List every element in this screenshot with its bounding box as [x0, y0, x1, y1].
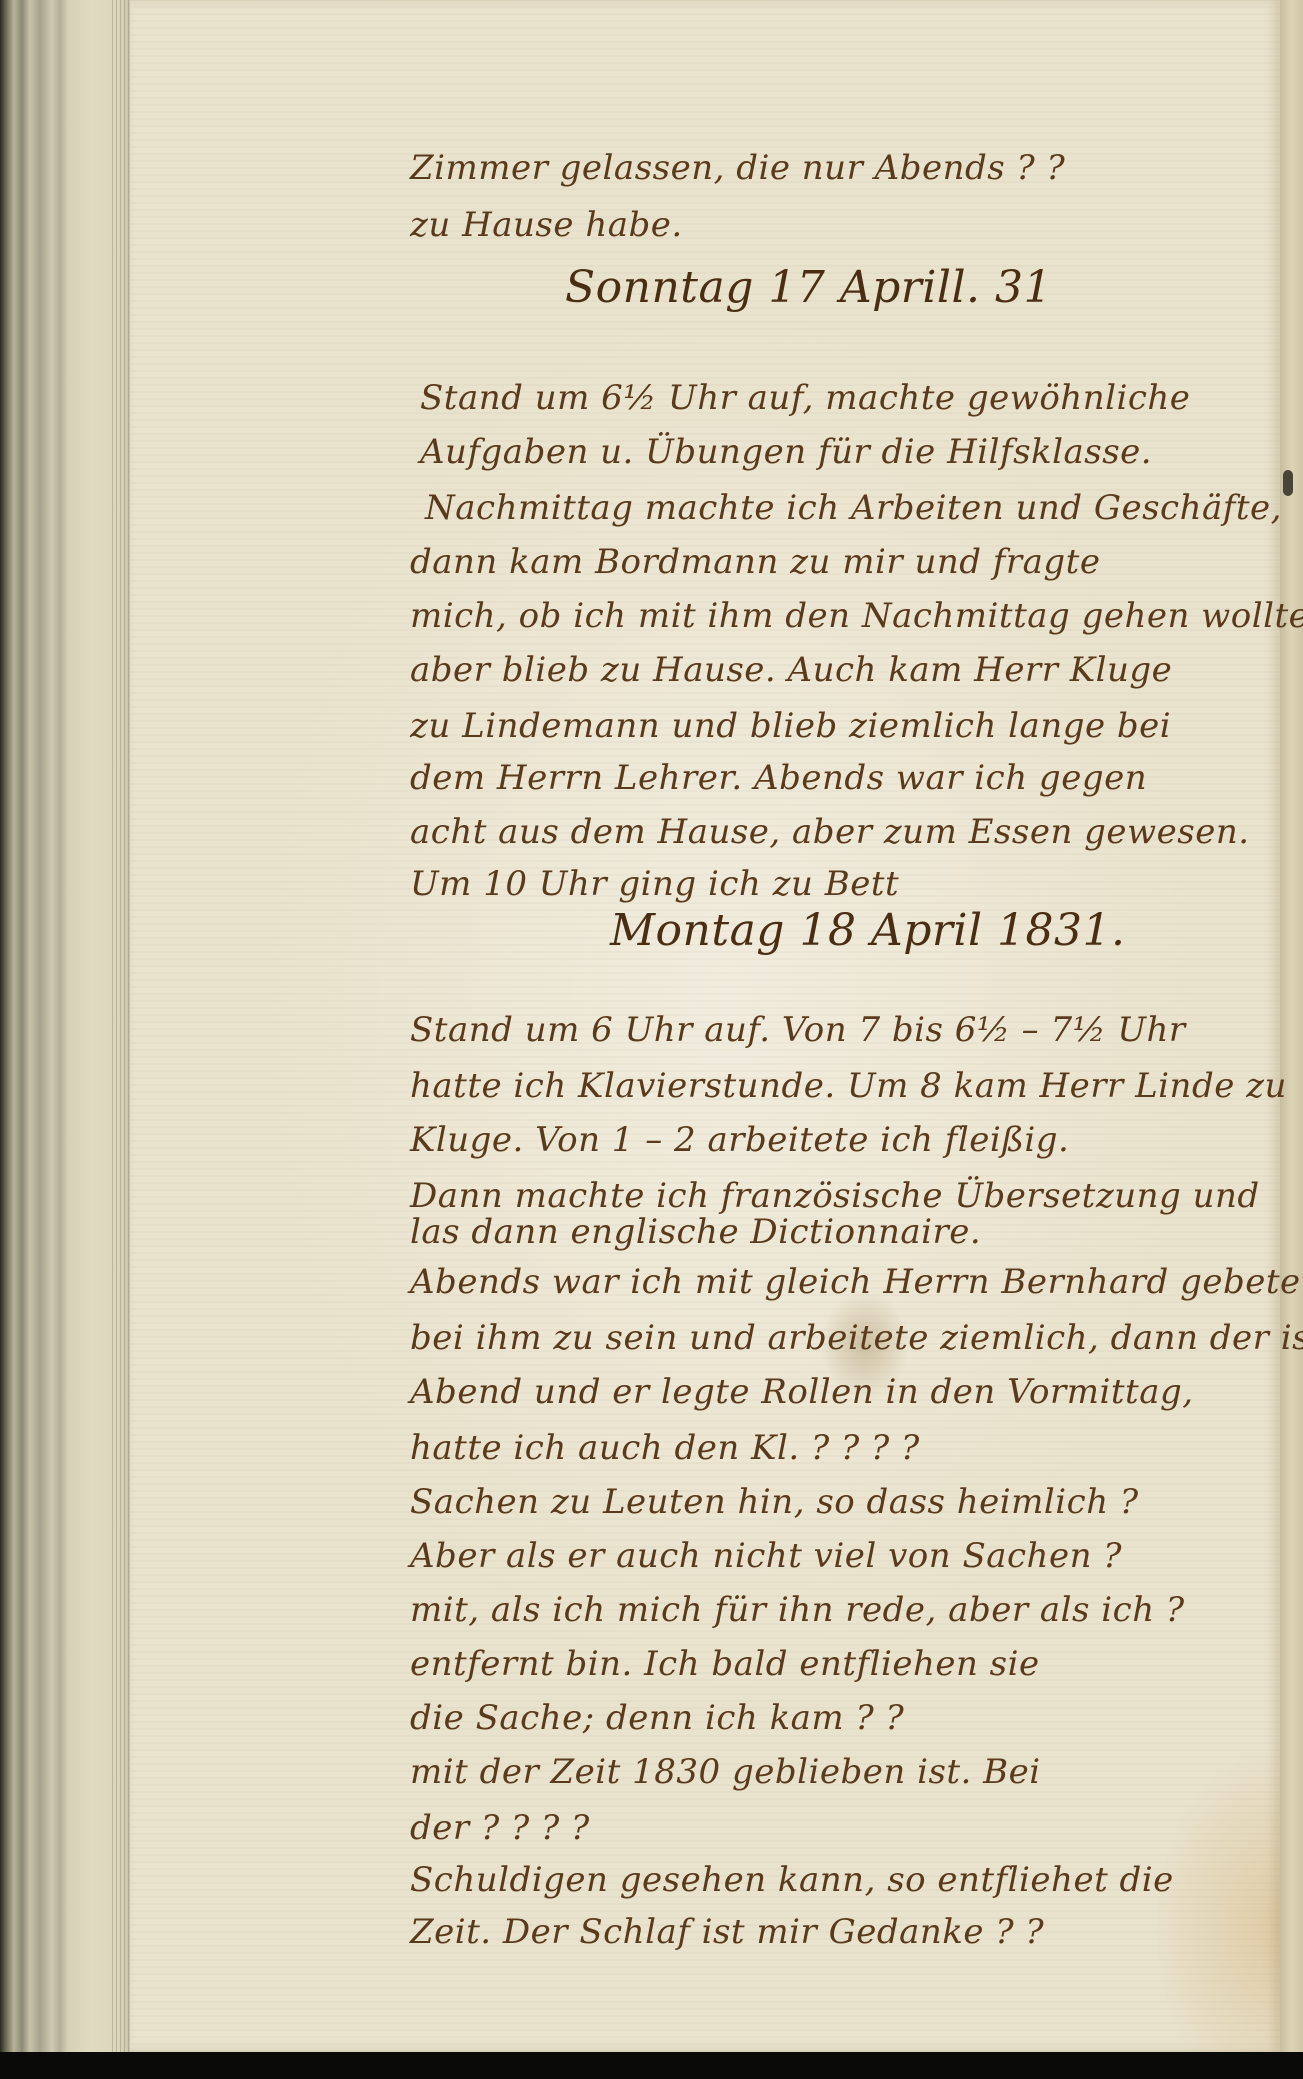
entry-line: mit der Zeit 1830 geblieben ist. Bei — [410, 1752, 1041, 1792]
entry-line: Stand um 6½ Uhr auf, machte gewöhnliche — [420, 378, 1190, 418]
entry-line: Abends war ich mit gleich Herrn Bernhard… — [410, 1262, 1303, 1302]
entry-line: Zeit. Der Schlaf ist mir Gedanke ? ? — [410, 1912, 1044, 1952]
entry-line: dann kam Bordmann zu mir und fragte — [410, 542, 1100, 582]
entry-line: Aber als er auch nicht viel von Sachen ? — [410, 1536, 1122, 1576]
entry-heading-monday: Montag 18 April 1831. — [610, 905, 1126, 956]
entry-line: zu Lindemann und blieb ziemlich lange be… — [410, 706, 1171, 746]
entry-heading-sunday: Sonntag 17 Aprill. 31 — [565, 262, 1052, 313]
book-page-edges-right — [1280, 0, 1303, 2052]
scan-bottom-border — [0, 2052, 1303, 2079]
entry-line: dem Herrn Lehrer. Abends war ich gegen — [410, 758, 1147, 798]
entry-line: Abend und er legte Rollen in den Vormitt… — [410, 1372, 1194, 1412]
binding-mark — [1283, 470, 1293, 496]
entry-line: Kluge. Von 1 – 2 arbeitete ich fleißig. — [410, 1120, 1069, 1160]
continuation-line: Zimmer gelassen, die nur Abends ? ? — [410, 148, 1065, 188]
manuscript-book: Zimmer gelassen, die nur Abends ? ? zu H… — [0, 0, 1303, 2052]
page-stack-lines — [112, 0, 132, 2052]
entry-line: Nachmittag machte ich Arbeiten und Gesch… — [425, 488, 1282, 528]
entry-line: Dann machte ich französische Übersetzung… — [410, 1176, 1260, 1216]
entry-line: bei ihm zu sein und arbeitete ziemlich, … — [410, 1318, 1303, 1358]
book-page-edges-left — [0, 0, 130, 2052]
entry-line: mit, als ich mich für ihn rede, aber als… — [410, 1590, 1185, 1630]
entry-line: aber blieb zu Hause. Auch kam Herr Kluge — [410, 650, 1172, 690]
entry-line: Sachen zu Leuten hin, so dass heimlich ? — [410, 1482, 1139, 1522]
entry-line: Aufgaben u. Übungen für die Hilfsklasse. — [420, 432, 1152, 472]
entry-line: las dann englische Dictionnaire. — [410, 1212, 981, 1252]
entry-line: hatte ich Klavierstunde. Um 8 kam Herr L… — [410, 1066, 1287, 1106]
entry-line: Stand um 6 Uhr auf. Von 7 bis 6½ – 7½ Uh… — [410, 1010, 1186, 1050]
entry-line: entfernt bin. Ich bald entfliehen sie — [410, 1644, 1040, 1684]
entry-line: acht aus dem Hause, aber zum Essen gewes… — [410, 812, 1250, 852]
entry-line: die Sache; denn ich kam ? ? — [410, 1698, 904, 1738]
continuation-line: zu Hause habe. — [410, 205, 683, 245]
entry-line: Um 10 Uhr ging ich zu Bett — [410, 864, 899, 904]
entry-line: Schuldigen gesehen kann, so entfliehet d… — [410, 1860, 1174, 1900]
entry-line: der ? ? ? ? — [410, 1808, 590, 1848]
entry-line: mich, ob ich mit ihm den Nachmittag gehe… — [410, 596, 1303, 636]
entry-line: hatte ich auch den Kl. ? ? ? ? — [410, 1428, 920, 1468]
